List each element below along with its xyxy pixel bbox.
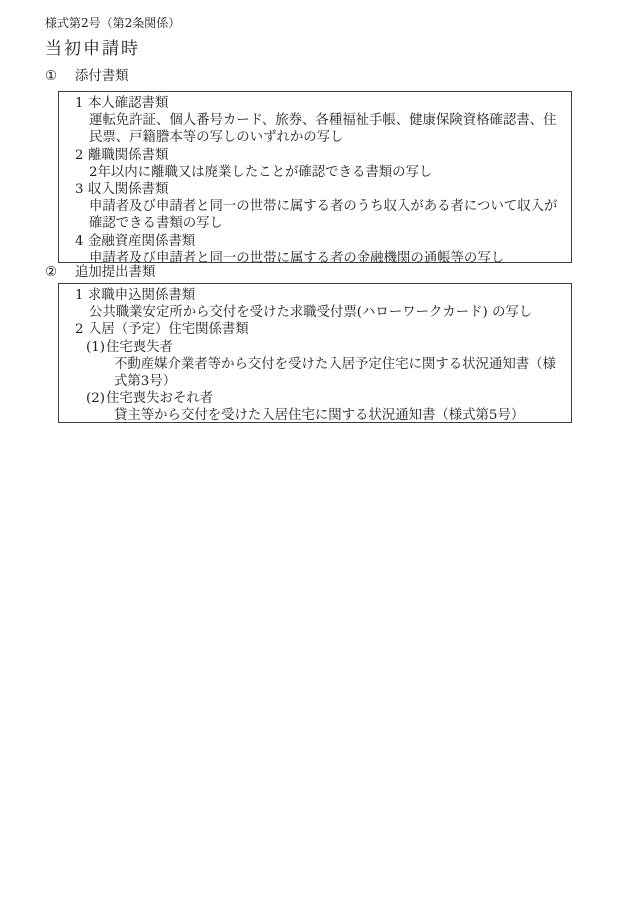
circled-number-2: ② xyxy=(45,265,75,281)
item-title: 離職関係書類 xyxy=(88,148,168,163)
desc-line: 申請者及び申請者と同一の世帯に属する者のうち収入がある者について収入が xyxy=(59,198,571,215)
section-2-heading-label: 追加提出書類 xyxy=(75,265,155,280)
attached-documents-box: 1本人確認書類 運転免許証、個人番号カード、旅券、各種福祉手帳、健康保険資格確認… xyxy=(58,91,572,263)
item-line: 2入居（予定）住宅関係書類 xyxy=(59,321,571,338)
form-number-label: 様式第2号（第2条関係） xyxy=(45,16,180,30)
page-title: 当初申請時 xyxy=(45,39,140,59)
desc-line: 申請者及び申請者と同一の世帯に属する者の金融機関の通帳等の写し xyxy=(59,250,571,263)
item-number: 2 xyxy=(75,321,88,338)
item-line: 2離職関係書類 xyxy=(59,147,571,164)
item-line: 3収入関係書類 xyxy=(59,181,571,198)
sub-item-title: 住宅喪失おそれ者 xyxy=(106,391,213,406)
desc-line: 民票、戸籍謄本等の写しのいずれかの写し xyxy=(59,129,571,146)
item-line: 1求職申込関係書類 xyxy=(59,287,571,304)
item-line: 4金融資産関係書類 xyxy=(59,233,571,250)
item-number: 3 xyxy=(75,181,88,198)
item-title: 入居（予定）住宅関係書類 xyxy=(88,322,249,337)
section-1-heading: ①添付書類 xyxy=(45,69,129,85)
sub-desc-line: 不動産媒介業者等から交付を受けた入居予定住宅に関する状況通知書（様 xyxy=(59,356,571,373)
desc-line: 運転免許証、個人番号カード、旅券、各種福祉手帳、健康保険資格確認書、住 xyxy=(59,112,571,129)
item-title: 本人確認書類 xyxy=(88,96,168,111)
item-number: 1 xyxy=(75,95,88,112)
item-number: 1 xyxy=(75,287,88,304)
sub-desc-line: 式第3号） xyxy=(59,373,571,390)
item-number: 2 xyxy=(75,147,88,164)
desc-line: 公共職業安定所から交付を受けた求職受付票(ハローワークカード) の写し xyxy=(59,304,571,321)
sub-item-number: (2) xyxy=(86,390,106,407)
item-title: 収入関係書類 xyxy=(88,182,168,197)
sub-desc-line: 貸主等から交付を受けた入居住宅に関する状況通知書（様式第5号） xyxy=(59,407,571,423)
item-title: 金融資産関係書類 xyxy=(88,234,195,249)
item-number: 4 xyxy=(75,233,88,250)
additional-documents-box: 1求職申込関係書類 公共職業安定所から交付を受けた求職受付票(ハローワークカード… xyxy=(58,283,572,423)
desc-line: 確認できる書類の写し xyxy=(59,215,571,232)
desc-line: 2年以内に離職又は廃業したことが確認できる書類の写し xyxy=(59,164,571,181)
sub-item-line: (1)住宅喪失者 xyxy=(59,339,571,356)
section-1-heading-label: 添付書類 xyxy=(75,69,129,84)
document-page: 様式第2号（第2条関係） 当初申請時 ①添付書類 1本人確認書類 運転免許証、個… xyxy=(0,0,630,903)
item-title: 求職申込関係書類 xyxy=(88,288,195,303)
item-line: 1本人確認書類 xyxy=(59,95,571,112)
sub-item-title: 住宅喪失者 xyxy=(106,340,173,355)
section-2-heading: ②追加提出書類 xyxy=(45,265,155,281)
circled-number-1: ① xyxy=(45,69,75,85)
sub-item-line: (2)住宅喪失おそれ者 xyxy=(59,390,571,407)
sub-item-number: (1) xyxy=(86,339,106,356)
